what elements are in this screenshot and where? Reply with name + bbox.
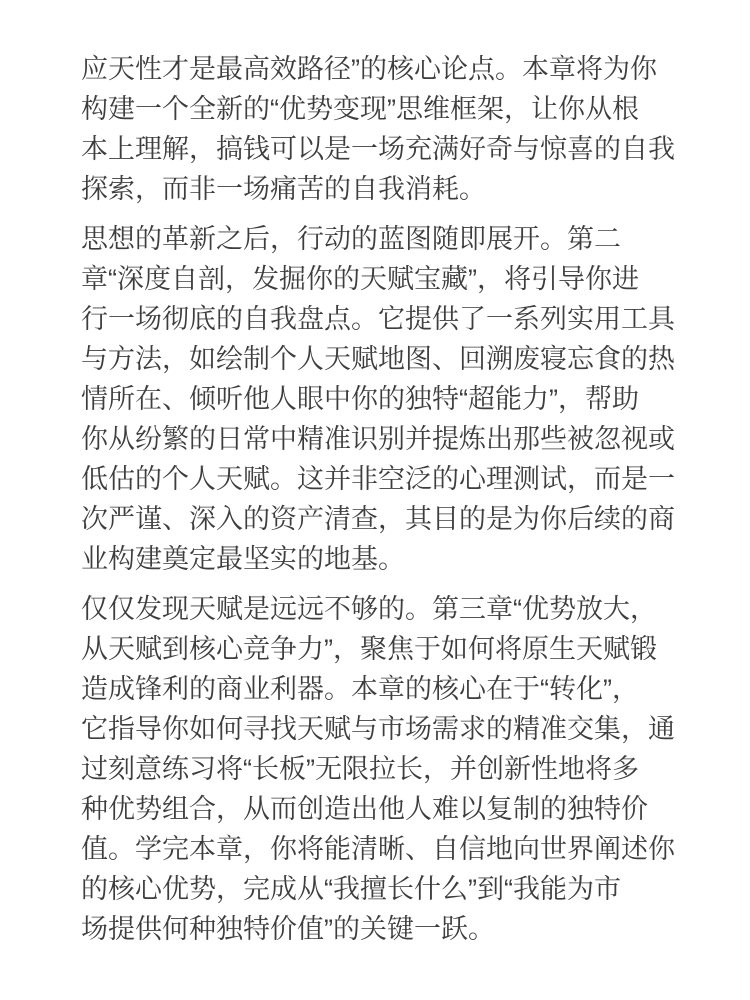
- text-line: 仅仅发现天赋是远远不够的。第三章“优势放大，: [81, 589, 680, 629]
- text-line: 你从纷繁的日常中精准识别并提炼出那些被忽视或: [81, 419, 680, 459]
- text-line: 探索，而非一场痛苦的自我消耗。: [81, 169, 680, 209]
- text-line: 值。学完本章，你将能清晰、自信地向世界阐述你: [81, 829, 680, 869]
- text-line: 应天性才是最高效路径”的核心论点。本章将为你: [81, 49, 680, 89]
- text-line: 造成锋利的商业利器。本章的核心在于“转化”，: [81, 669, 680, 709]
- text-line: 构建一个全新的“优势变现”思维框架，让你从根: [81, 89, 680, 129]
- text-line: 它指导你如何寻找天赋与市场需求的精准交集，通: [81, 709, 680, 749]
- text-line: 与方法，如绘制个人天赋地图、回溯废寝忘食的热: [81, 339, 680, 379]
- text-line: 业构建奠定最坚实的地基。: [81, 539, 680, 579]
- text-line: 过刻意练习将“长板”无限拉长，并创新性地将多: [81, 749, 680, 789]
- paragraph-1: 应天性才是最高效路径”的核心论点。本章将为你 构建一个全新的“优势变现”思维框架…: [81, 49, 680, 209]
- text-line: 行一场彻底的自我盘点。它提供了一系列实用工具: [81, 299, 680, 339]
- text-line: 章“深度自剖，发掘你的天赋宝藏”，将引导你进: [81, 259, 680, 299]
- text-line: 思想的革新之后，行动的蓝图随即展开。第二: [81, 219, 680, 259]
- paragraph-3: 仅仅发现天赋是远远不够的。第三章“优势放大， 从天赋到核心竞争力”，聚焦于如何将…: [81, 589, 680, 949]
- text-line: 的核心优势，完成从“我擅长什么”到“我能为市: [81, 869, 680, 909]
- document-page: 应天性才是最高效路径”的核心论点。本章将为你 构建一个全新的“优势变现”思维框架…: [0, 0, 750, 1000]
- text-line: 情所在、倾听他人眼中你的独特“超能力”，帮助: [81, 379, 680, 419]
- text-line: 种优势组合，从而创造出他人难以复制的独特价: [81, 789, 680, 829]
- text-line: 本上理解，搞钱可以是一场充满好奇与惊喜的自我: [81, 129, 680, 169]
- text-line: 次严谨、深入的资产清查，其目的是为你后续的商: [81, 499, 680, 539]
- paragraph-2: 思想的革新之后，行动的蓝图随即展开。第二 章“深度自剖，发掘你的天赋宝藏”，将引…: [81, 219, 680, 579]
- text-line: 场提供何种独特价值”的关键一跃。: [81, 909, 680, 949]
- text-line: 低估的个人天赋。这并非空泛的心理测试，而是一: [81, 459, 680, 499]
- text-line: 从天赋到核心竞争力”，聚焦于如何将原生天赋锻: [81, 629, 680, 669]
